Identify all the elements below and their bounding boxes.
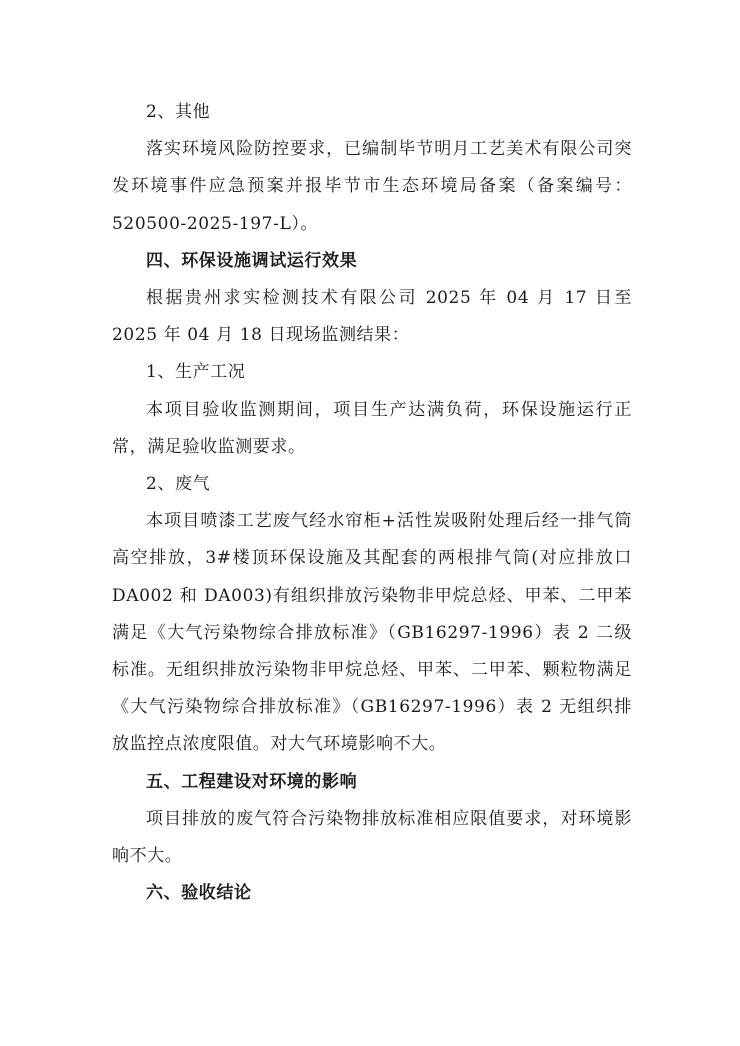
subheading-production-conditions: 1、生产工况 bbox=[112, 354, 632, 391]
document-page: 2、其他 落实环境风险防控要求，已编制毕节明月工艺美术有限公司突发环境事件应急预… bbox=[0, 0, 740, 1046]
paragraph-monitoring-results: 根据贵州求实检测技术有限公司 2025 年 04 月 17 日至 2025 年 … bbox=[112, 280, 632, 354]
heading-section-5: 五、工程建设对环境的影响 bbox=[112, 764, 632, 801]
page-content: 2、其他 落实环境风险防控要求，已编制毕节明月工艺美术有限公司突发环境事件应急预… bbox=[112, 94, 632, 912]
heading-section-4: 四、环保设施调试运行效果 bbox=[112, 243, 632, 280]
paragraph-exhaust-gas: 本项目喷漆工艺废气经水帘柜+活性炭吸附处理后经一排气筒高空排放，3#楼顶环保设施… bbox=[112, 503, 632, 763]
paragraph-risk-control: 落实环境风险防控要求，已编制毕节明月工艺美术有限公司突发环境事件应急预案并报毕节… bbox=[112, 131, 632, 243]
subheading-exhaust-gas: 2、废气 bbox=[112, 466, 632, 503]
paragraph-environmental-impact: 项目排放的废气符合污染物排放标准相应限值要求，对环境影响不大。 bbox=[112, 801, 632, 875]
heading-section-6: 六、验收结论 bbox=[112, 875, 632, 912]
subheading-other: 2、其他 bbox=[112, 94, 632, 131]
paragraph-production-conditions: 本项目验收监测期间，项目生产达满负荷，环保设施运行正常，满足验收监测要求。 bbox=[112, 392, 632, 466]
